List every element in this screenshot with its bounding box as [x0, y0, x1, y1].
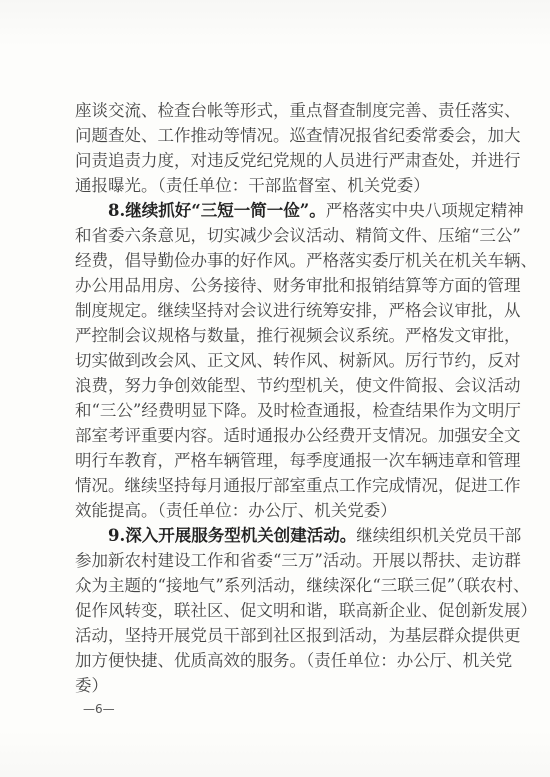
paragraph-9: 9.深入开展服务型机关创建活动。继续组织机关党员干部 参加新农村建设工作和省委“… — [75, 523, 479, 698]
text-line: 众为主题的“接地气”系列活动，继续深化“三联三促”（联农村、 — [75, 573, 479, 598]
document-body: 座谈交流、检查台帐等形式，重点督查制度完善、责任落实、 问题查处、工作推动等情况… — [75, 98, 479, 698]
text-line: 委） — [75, 673, 479, 698]
text-line: 和“三公”经费明显下降。及时检查通报，检查结果作为文明厅 — [75, 398, 479, 423]
text-line: 活动，坚持开展党员干部到社区报到活动，为基层群众提供更 — [75, 623, 479, 648]
text-line: 效能提高。（责任单位：办公厅、机关党委） — [75, 498, 479, 523]
text-line: 情况。继续坚持每月通报厅部室重点工作完成情况，促进工作 — [75, 473, 479, 498]
page-number: —6— — [83, 702, 115, 716]
text-line: 部室考评重要内容。适时通报办公经费开支情况。加强安全文 — [75, 423, 479, 448]
text-line: 通报曝光。（责任单位：干部监督室、机关党委） — [75, 173, 479, 198]
text-line: 浪费，努力争创效能型、节约型机关，使文件简报、会议活动 — [75, 373, 479, 398]
text-line: 办公用品用房、公务接待、财务审批和报销结算等方面的管理 — [75, 273, 479, 298]
text-line: 经费，倡导勤俭办事的好作风。严格落实委厅机关在机关车辆、 — [75, 248, 479, 273]
section-heading-9: 9.深入开展服务型机关创建活动。 — [108, 526, 356, 545]
text-line: 严控制会议规格与数量，推行视频会议系统。严格发文审批， — [75, 323, 479, 348]
text-line: 8.继续抓好“三短一简一俭”。严格落实中央八项规定精神 — [75, 198, 479, 223]
text-span: 严格落实中央八项规定精神 — [326, 201, 524, 220]
text-line: 明行车教育，严格车辆管理，每季度通报一次车辆违章和管理 — [75, 448, 479, 473]
text-span: 继续组织机关党员干部 — [356, 526, 521, 545]
text-line: 参加新农村建设工作和省委“三万”活动。开展以帮扶、走访群 — [75, 548, 479, 573]
paragraph-7-continued: 座谈交流、检查台帐等形式，重点督查制度完善、责任落实、 问题查处、工作推动等情况… — [75, 98, 479, 198]
text-line: 促作风转变，联社区、促文明和谐，联高新企业、促创新发展） — [75, 598, 479, 623]
text-line: 座谈交流、检查台帐等形式，重点督查制度完善、责任落实、 — [75, 98, 479, 123]
text-line: 和省委六条意见，切实减少会议活动、精简文件、压缩“三公” — [75, 223, 479, 248]
document-page: 座谈交流、检查台帐等形式，重点督查制度完善、责任落实、 问题查处、工作推动等情况… — [0, 0, 550, 777]
text-line: 问责追责力度，对违反党纪党规的人员进行严肃查处，并进行 — [75, 148, 479, 173]
text-line: 切实做到改会风、正文风、转作风、树新风。厉行节约，反对 — [75, 348, 479, 373]
section-heading-8: 8.继续抓好“三短一简一俭”。 — [108, 201, 326, 220]
paragraph-8: 8.继续抓好“三短一简一俭”。严格落实中央八项规定精神 和省委六条意见，切实减少… — [75, 198, 479, 523]
text-line: 加方便快捷、优质高效的服务。（责任单位：办公厅、机关党 — [75, 648, 479, 673]
text-line: 制度规定。继续坚持对会议进行统筹安排，严格会议审批，从 — [75, 298, 479, 323]
text-line: 9.深入开展服务型机关创建活动。继续组织机关党员干部 — [75, 523, 479, 548]
text-line: 问题查处、工作推动等情况。巡查情况报省纪委常委会，加大 — [75, 123, 479, 148]
